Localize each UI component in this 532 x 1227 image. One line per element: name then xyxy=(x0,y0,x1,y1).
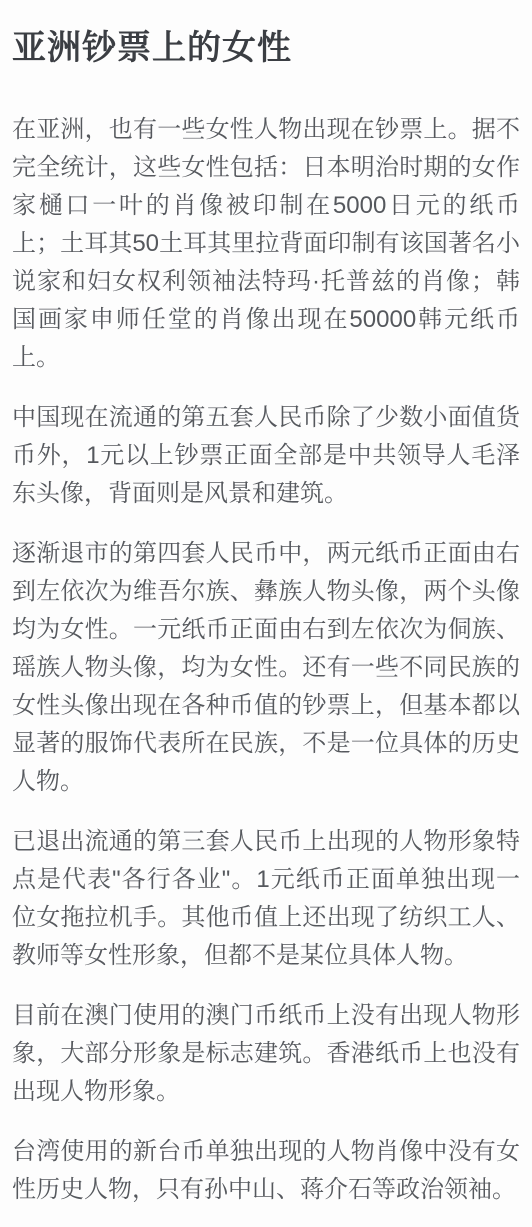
paragraph-taiwan: 台湾使用的新台币单独出现的人物肖像中没有女性历史人物，只有孙中山、蒋介石等政治领… xyxy=(12,1133,520,1209)
paragraph-third-series-rmb: 已退出流通的第三套人民币上出现的人物形象特点是代表"各行各业"。1元纸币正面单独… xyxy=(12,823,520,975)
article-title: 亚洲钞票上的女性 xyxy=(12,25,520,71)
paragraph-fifth-series-rmb: 中国现在流通的第五套人民币除了少数小面值货币外，1元以上钞票正面全部是中共领导人… xyxy=(12,399,520,513)
paragraph-macau-hongkong: 目前在澳门使用的澳门币纸币上没有出现人物形象，大部分形象是标志建筑。香港纸币上也… xyxy=(12,997,520,1111)
paragraph-fourth-series-rmb: 逐渐退市的第四套人民币中，两元纸币正面由右到左依次为维吾尔族、彝族人物头像，两个… xyxy=(12,535,520,801)
paragraph-asia-overview: 在亚洲，也有一些女性人物出现在钞票上。据不完全统计，这些女性包括：日本明治时期的… xyxy=(12,111,520,377)
article: 亚洲钞票上的女性 在亚洲，也有一些女性人物出现在钞票上。据不完全统计，这些女性包… xyxy=(0,0,532,1227)
